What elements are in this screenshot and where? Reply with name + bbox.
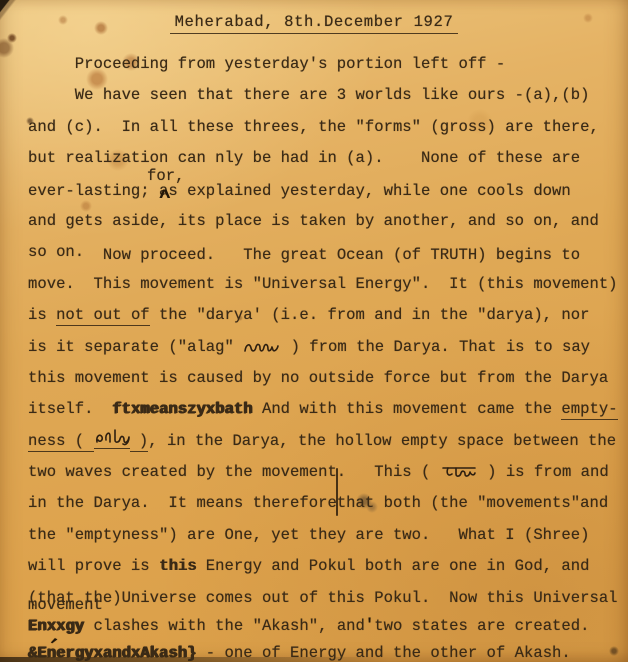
typed-line: two waves created by the movement. This … — [28, 457, 628, 488]
typed-text: Now proceed. The great Ocean (of TRUTH) … — [84, 240, 580, 271]
typed-text: Proceeding from yesterday's portion left… — [28, 55, 505, 73]
typed-line: will prove is this Energy and Pokul both… — [28, 551, 628, 582]
typed-text: the "darya' (i.e. from and in the "darya… — [150, 306, 590, 324]
typed-strikeout-text: ftxmeanszyxbath — [112, 400, 252, 418]
typed-line: We have seen that there are 3 worlds lik… — [28, 80, 628, 111]
handwritten-script-alag — [243, 339, 281, 355]
typed-text: not out of — [56, 306, 150, 326]
typed-line: but realization can nly be had in (a). N… — [28, 143, 628, 174]
typed-text: that both (the "movements"and — [337, 494, 608, 512]
typed-line: and (c). In all these threes, the "forms… — [28, 112, 628, 143]
typed-text: ness ( — [28, 432, 94, 452]
typed-text: move. This movement is "Universal Energy… — [28, 275, 618, 293]
typed-text: but realization can nly be had in (a). N… — [28, 149, 580, 167]
typed-line: so on. Now proceed. The great Ocean (of … — [28, 237, 628, 268]
typed-text: We have seen that there are 3 worlds lik… — [28, 86, 589, 104]
typed-text: as explained yesterday, while one cools … — [159, 182, 571, 200]
typed-line: in the Darya. It means thereforethat bot… — [28, 488, 628, 519]
typed-line: itself. ftxmeanszyxbath And with this mo… — [28, 394, 628, 425]
typed-line: movement — [28, 597, 628, 613]
typed-text: the "emptyness") are One, yet they are t… — [28, 526, 589, 544]
typed-text: ) from the Darya. That is to say — [281, 338, 590, 356]
typed-text: Energy and Pokul both are one in God, an… — [196, 557, 589, 575]
typed-text: this movement is caused by no outside fo… — [28, 369, 608, 387]
document-title: Meherabad, 8th.December 1927 — [170, 13, 459, 34]
typed-strikeout-text: &EnergyxandxAkash} — [28, 644, 196, 662]
typed-text: this — [159, 557, 196, 575]
typed-text: and (c). In all these threes, the "forms… — [28, 118, 599, 136]
typed-text: ) is from and — [478, 463, 609, 481]
typed-line: &EnergyxandxAkash} - one of Energy and t… — [28, 640, 628, 662]
typed-text: so on. — [28, 243, 84, 261]
typed-line: this movement is caused by no outside fo… — [28, 363, 628, 394]
typescript-body: Proceeding from yesterday's portion left… — [0, 34, 628, 662]
handwritten-script-pokal1 — [94, 427, 130, 449]
typed-text: ) — [130, 432, 149, 452]
typed-text: ever-lasting; — [28, 182, 159, 200]
typed-text: itself. — [28, 400, 112, 418]
typed-text: movement — [28, 596, 103, 614]
typed-line: Enxxgy, clashes with the "Akash", and' t… — [28, 613, 628, 640]
typed-line: ness ( ), in the Darya, the hollow empty… — [28, 426, 628, 457]
typed-line: is not out of the "darya' (i.e. from and… — [28, 300, 628, 331]
typed-line: is it separate ("alag" ) from the Darya.… — [28, 332, 628, 363]
typed-text: two waves created by the movement. This … — [28, 463, 440, 481]
typed-text: And with this movement came the — [253, 400, 562, 418]
title-row: Meherabad, 8th.December 1927 — [0, 0, 628, 34]
typed-text: in the Darya. It means therefore — [28, 494, 337, 512]
handwritten-script-pokal2 — [440, 464, 478, 480]
typed-text: two states are created. — [365, 617, 590, 635]
typed-text: is it separate ("alag" — [28, 338, 243, 356]
typed-text: empty- — [561, 400, 617, 420]
typed-line: and gets aside, its place is taken by an… — [28, 206, 628, 237]
typed-line: move. This movement is "Universal Energy… — [28, 269, 628, 300]
typed-text: and gets aside, its place is taken by an… — [28, 212, 599, 230]
typed-text: will prove is — [28, 557, 159, 575]
typed-text: is — [28, 306, 56, 324]
document-page: Meherabad, 8th.December 1927 Proceeding … — [0, 0, 628, 662]
typed-text: , in the Darya, the hollow empty space b… — [148, 432, 616, 450]
typed-line: the "emptyness") are One, yet they are t… — [28, 520, 628, 551]
typed-line: Proceeding from yesterday's portion left… — [28, 49, 628, 80]
typed-text: - one of Energy and the other of Akash. — [196, 644, 570, 662]
typed-line: ever-lasting; for,^as explained yesterda… — [28, 175, 628, 206]
typed-text: clashes with the "Akash", and — [84, 617, 365, 635]
